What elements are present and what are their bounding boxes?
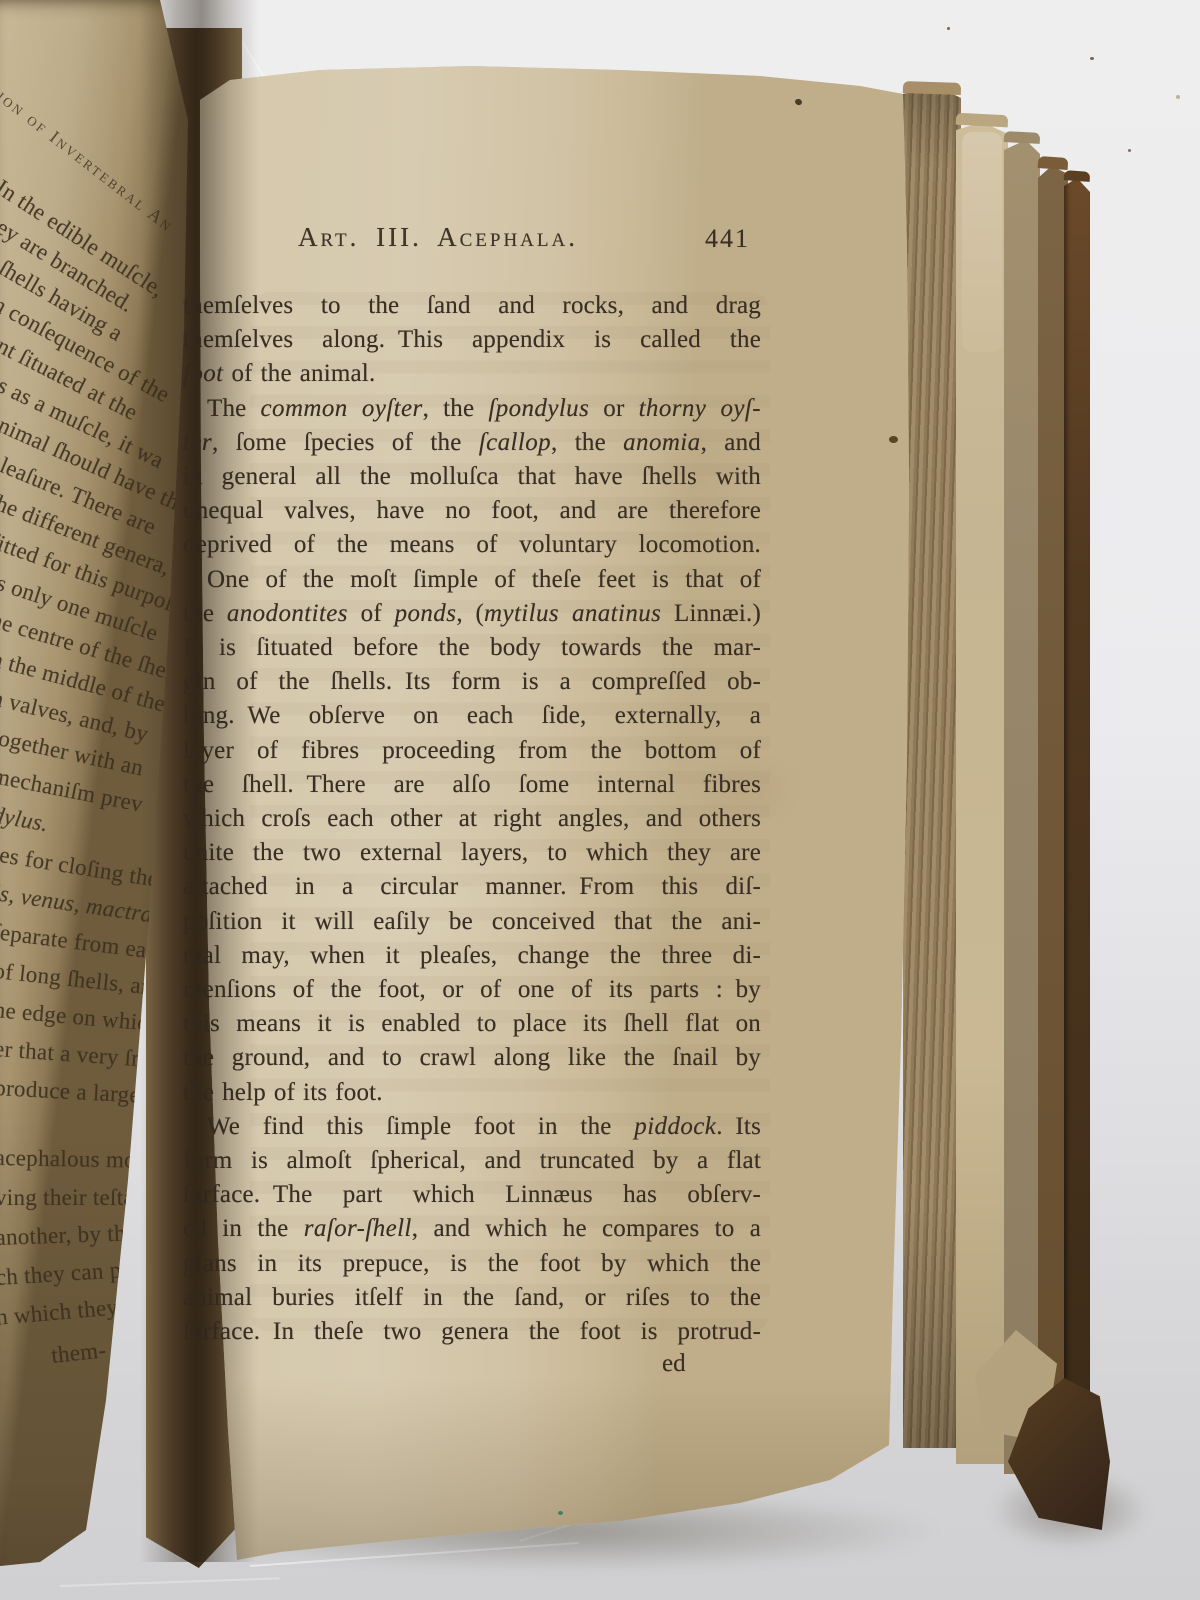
dust-speck	[1128, 149, 1131, 152]
page-top-edge	[956, 113, 1009, 128]
text-line: themſelves to the ſand and rocks, and dr…	[183, 290, 761, 325]
text-line: menſions of the foot, or of one of its p…	[183, 974, 761, 1009]
text-line: long. We obſerve on each ſide, externall…	[183, 700, 761, 735]
text-line: layer of fibres proceeding from the bott…	[183, 735, 761, 770]
text-line: One of the moſt ſimple of theſe feet is …	[183, 564, 761, 599]
catchword: ed	[662, 1350, 686, 1378]
text-line: the anodontites of ponds, (mytilus anati…	[183, 598, 761, 633]
book-photo: ion of Invertebral An . In the edible mu…	[0, 0, 1200, 1600]
right-page-text: Art. III. Acephala. 441 themſelves to th…	[183, 0, 761, 1600]
text-line: poſition it will eaſily be conceived tha…	[183, 906, 761, 941]
text-line: We find this ſimple foot in the piddock.…	[183, 1111, 761, 1146]
left-text-fragment: of long ſhells, and	[0, 958, 166, 1002]
text-line: ed in the raſor-ſhell, and which he comp…	[183, 1213, 761, 1248]
text-line: It is ſituated before the body towards t…	[183, 632, 761, 667]
page-top-edge	[903, 81, 961, 95]
text-line: deprived of the means of voluntary locom…	[183, 529, 761, 564]
dust-speck	[947, 27, 950, 30]
text-line: foot of the animal.	[183, 358, 761, 393]
dust-speck	[1176, 95, 1180, 99]
text-line: the ground, and to crawl along like the …	[183, 1042, 761, 1077]
fore-edge-dark-page	[1038, 166, 1068, 1484]
fore-edge-fold-highlight	[962, 132, 1002, 352]
page-top-edge	[1064, 170, 1091, 182]
page-number: 441	[690, 224, 750, 254]
foxing-spot	[889, 436, 898, 443]
text-line: glans in its prepuce, is the foot by whi…	[183, 1248, 761, 1283]
text-line: this means it is enabled to place its ſh…	[183, 1008, 761, 1043]
cover-edge-leather	[1064, 178, 1090, 1500]
left-text-fragment: dylus.	[0, 802, 50, 837]
running-head: Art. III. Acephala.	[298, 222, 578, 253]
text-line: which croſs each other at right angles, …	[183, 803, 761, 838]
dust-speck	[1090, 57, 1094, 60]
text-line: ſurface. In theſe two genera the foot is…	[183, 1316, 761, 1351]
text-line: attached in a circular manner. From this…	[183, 871, 761, 906]
text-line: unequal valves, have no foot, and are th…	[183, 495, 761, 530]
text-line: in general all the molluſca that have ſh…	[183, 461, 761, 496]
page-top-edge	[1004, 131, 1041, 144]
green-speck	[558, 1511, 563, 1515]
page-top-edge	[1038, 156, 1069, 170]
left-text-fragment: them-	[50, 1337, 108, 1369]
text-line: ſurface. The part which Linnæus has obſe…	[183, 1179, 761, 1214]
text-line: animal buries itſelf in the ſand, or riſ…	[183, 1282, 761, 1317]
fore-edge-mid-page	[1004, 140, 1040, 1474]
text-line: themſelves along. This appendix is calle…	[183, 324, 761, 359]
text-line: the help of its foot.	[183, 1077, 761, 1112]
text-line: mal may, when it pleaſes, change the thr…	[183, 940, 761, 975]
text-line: the ſhell. There are alſo ſome internal …	[183, 769, 761, 804]
text-line: form is almoſt ſpherical, and truncated …	[183, 1145, 761, 1180]
text-line: unite the two external layers, to which …	[183, 837, 761, 872]
text-line: gin of the ſhells. Its form is a compreſ…	[183, 666, 761, 701]
text-line: ter, ſome ſpecies of the ſcallop, the an…	[183, 427, 761, 462]
fore-edge-streaked-pages	[903, 88, 961, 1448]
text-line: The common oyſter, the ſpondylus or thor…	[183, 393, 761, 428]
